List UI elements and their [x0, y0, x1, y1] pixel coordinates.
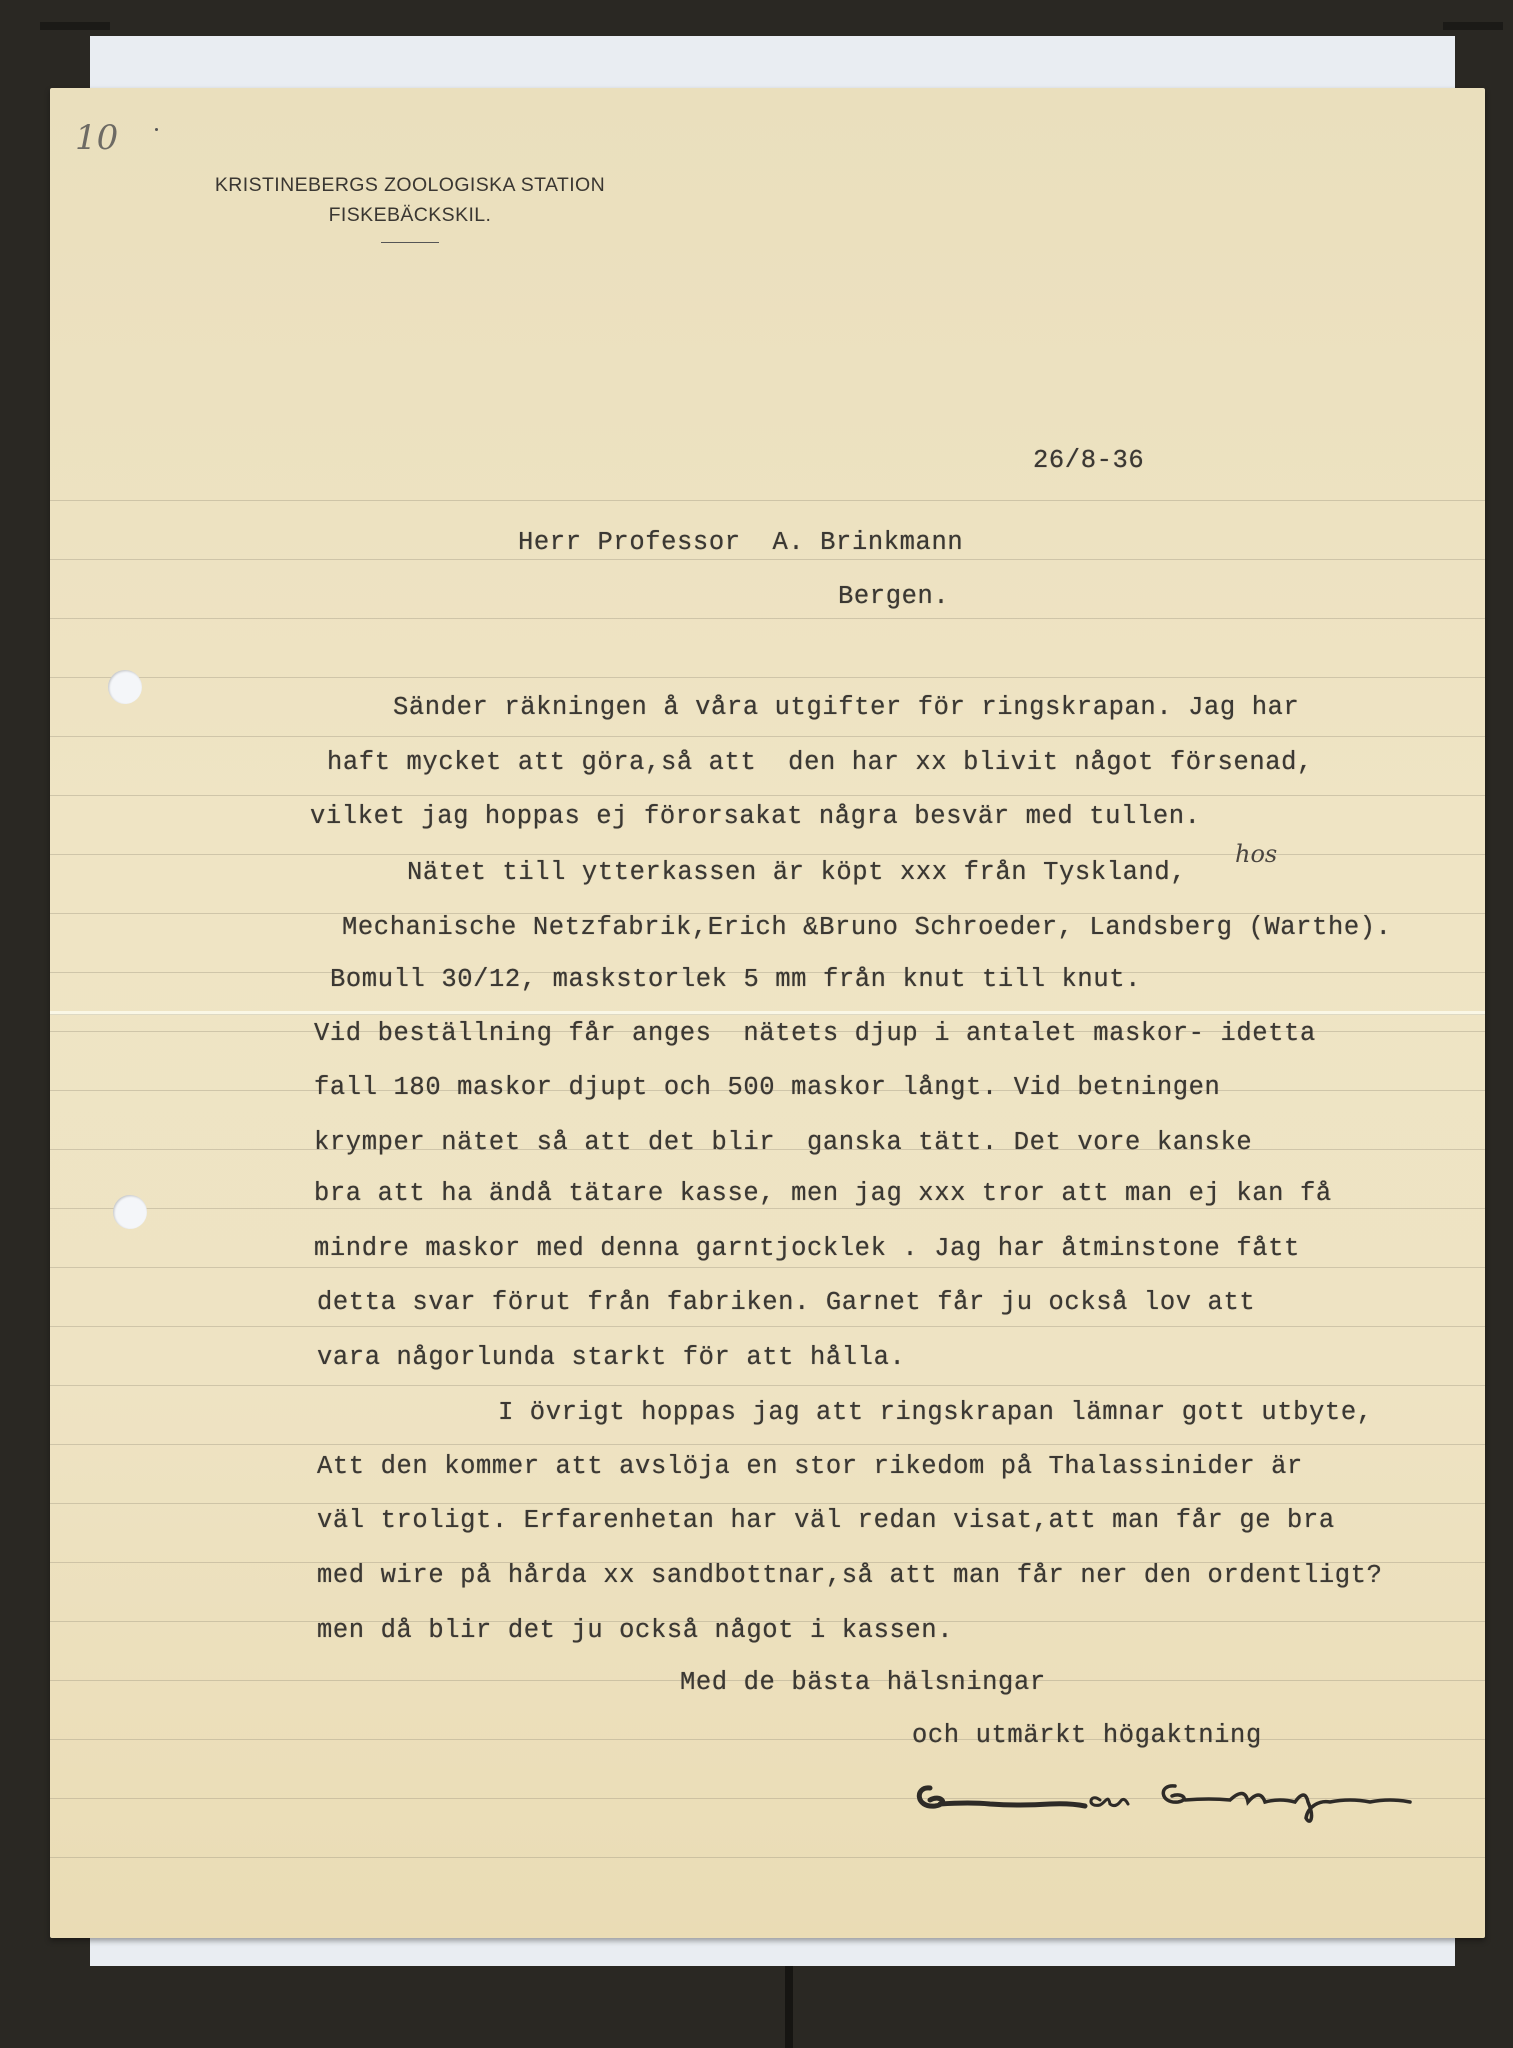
letterhead: KRISTINEBERGS ZOOLOGISKA STATION FISKEBÄ… [90, 170, 730, 243]
body-line: mindre maskor med denna garntjocklek . J… [314, 1234, 1300, 1263]
body-line: bra att ha ändå tätare kasse, men jag xx… [314, 1179, 1332, 1208]
ruled-line [50, 1503, 1485, 1504]
ruled-line [50, 1208, 1485, 1209]
handwritten-signature: Gunnar af Gustafson [910, 1758, 1513, 1828]
folder-edge-mark [1443, 22, 1503, 30]
ruled-line [50, 1385, 1485, 1386]
ruled-line [50, 1444, 1485, 1445]
body-line: Nätet till ytterkassen är köpt xxx från … [407, 858, 1186, 887]
letter-page: 10 KRISTINEBERGS ZOOLOGISKA STATION FISK… [50, 88, 1485, 1938]
ruled-line [50, 1857, 1485, 1858]
ruled-line [50, 618, 1485, 619]
ruled-line [50, 1326, 1485, 1327]
ruled-line [50, 736, 1485, 737]
handwritten-insert: hos [1235, 840, 1277, 868]
ruled-line [50, 500, 1485, 501]
ruled-line [50, 1739, 1485, 1740]
letterhead-place: FISKEBÄCKSKIL. [90, 200, 730, 230]
body-line: krymper nätet så att det blir ganska tät… [314, 1128, 1252, 1157]
punch-hole [113, 1195, 147, 1229]
paper-fold [50, 1011, 1485, 1015]
letterhead-institution: KRISTINEBERGS ZOOLOGISKA STATION [90, 170, 730, 200]
body-line: Sänder räkningen å våra utgifter för rin… [393, 693, 1299, 722]
closing-line: och utmärkt högaktning [912, 1721, 1262, 1750]
letterhead-divider [381, 242, 439, 243]
body-line: vara någorlunda starkt för att hålla. [317, 1343, 905, 1372]
body-line: fall 180 maskor djupt och 500 maskor lån… [314, 1073, 1220, 1102]
body-line: med wire på hårda xx sandbottnar,så att … [317, 1561, 1382, 1590]
folder-edge-mark [40, 22, 110, 30]
letter-date: 26/8-36 [1033, 446, 1144, 475]
ruled-line [50, 677, 1485, 678]
folio-number: 10 [75, 118, 118, 158]
body-line: detta svar förut från fabriken. Garnet f… [317, 1288, 1255, 1317]
body-line: Mechanische Netzfabrik,Erich &Bruno Schr… [342, 913, 1392, 942]
closing-line: Med de bästa hälsningar [680, 1668, 1046, 1697]
signature-ink [910, 1758, 1513, 1828]
ruled-line [50, 559, 1485, 560]
body-line: vilket jag hoppas ej förorsakat några be… [310, 802, 1201, 831]
addressee-city: Bergen. [838, 582, 949, 611]
body-line: Vid beställning får anges nätets djup i … [314, 1019, 1316, 1048]
addressee-name: Herr Professor A. Brinkmann [518, 528, 963, 557]
body-line: väl troligt. Erfarenhetan har väl redan … [317, 1506, 1335, 1535]
body-line: Bomull 30/12, maskstorlek 5 mm från knut… [330, 965, 1141, 994]
body-line: haft mycket att göra,så att den har xx b… [327, 748, 1313, 777]
body-line: men då blir det ju också något i kassen. [317, 1616, 953, 1645]
punch-hole [108, 670, 142, 704]
ruled-line [50, 795, 1485, 796]
body-line: I övrigt hoppas jag att ringskrapan lämn… [498, 1398, 1373, 1427]
body-line: Att den kommer att avslöja en stor riked… [317, 1452, 1303, 1481]
ink-dot [155, 128, 158, 131]
ruled-line [50, 1267, 1485, 1268]
